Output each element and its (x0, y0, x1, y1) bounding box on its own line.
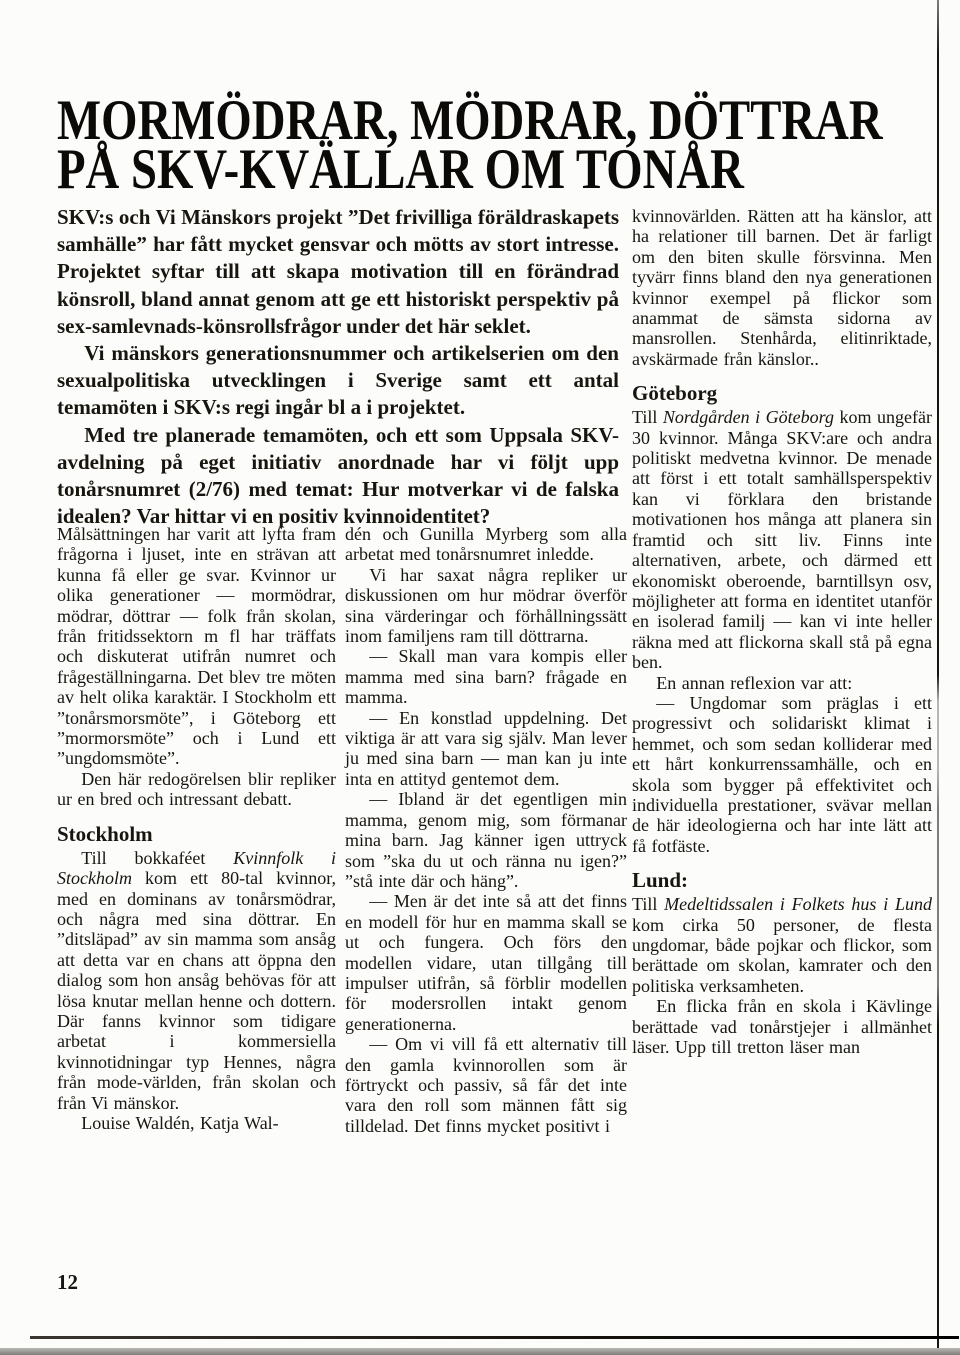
page-number: 12 (57, 1270, 78, 1295)
magazine-page: MORMÖDRAR, MÖDRAR, DÖTTRAR PÅ SKV-KVÄLLA… (0, 0, 960, 1355)
paragraph-segment: Till (632, 894, 664, 914)
body-paragraph: — Men är det inte så att det finns en mo… (345, 891, 627, 1034)
lead-paragraph: SKV:s och Vi Mänskors projekt ”Det frivi… (57, 204, 619, 340)
bottom-rule (30, 1336, 959, 1339)
body-paragraph: En flicka från en skola i Kävlinge berät… (632, 996, 932, 1057)
body-paragraph: kvinnovärlden. Rätten att ha känslor, at… (632, 206, 932, 369)
headline-line-2: PÅ SKV-KVÄLLAR OM TONÅR (57, 145, 795, 194)
body-paragraph: Vi har saxat några repliker ur diskussio… (345, 565, 627, 647)
body-paragraph: — En konstlad uppdelning. Det viktiga är… (345, 708, 627, 790)
paragraph-segment: kom ett 80-tal kvinnor, med en dominans … (57, 868, 336, 1112)
body-column-left: Målsättningen har varit att lyfta fram f… (57, 524, 336, 1133)
body-paragraph: Till Nordgården i Göteborg kom ungefär 3… (632, 407, 932, 672)
body-column-middle: dén och Gunilla Myrberg som alla arbetat… (345, 524, 627, 1136)
paragraph-segment: Till bokkaféet (81, 848, 233, 868)
lead-paragraph: Vi mänskors generationsnummer och artike… (57, 340, 619, 422)
section-heading-lund: Lund: (632, 868, 932, 892)
venue-name: Medeltidssalen i Folkets hus i Lund (664, 894, 932, 914)
body-paragraph: Louise Waldén, Katja Wal- (57, 1113, 336, 1133)
article-headline: MORMÖDRAR, MÖDRAR, DÖTTRAR PÅ SKV-KVÄLLA… (57, 96, 795, 194)
venue-name: Nordgården i Göteborg (663, 407, 834, 427)
body-paragraph: — Ungdomar som präglas i ett progressivt… (632, 693, 932, 856)
body-paragraph: Den här redogörelsen blir repliker ur en… (57, 769, 336, 810)
body-column-right: kvinnovärlden. Rätten att ha känslor, at… (632, 206, 932, 1057)
paragraph-segment: Till (632, 407, 663, 427)
article-lead: SKV:s och Vi Mänskors projekt ”Det frivi… (57, 204, 619, 530)
paragraph-segment: kom cirka 50 personer, de flesta ungdoma… (632, 915, 932, 996)
body-paragraph: Till bokkaféet Kvinnfolk i Stockholm kom… (57, 848, 336, 1113)
section-heading-stockholm: Stockholm (57, 822, 336, 846)
body-paragraph: Målsättningen har varit att lyfta fram f… (57, 524, 336, 769)
body-paragraph: dén och Gunilla Myrberg som alla arbetat… (345, 524, 627, 565)
body-paragraph: — Om vi vill få ett alternativ till den … (345, 1034, 627, 1136)
body-paragraph: Till Medeltidssalen i Folkets hus i Lund… (632, 894, 932, 996)
page-bottom-edge (0, 1348, 960, 1355)
body-paragraph: — Ibland är det egentligen min mamma, ge… (345, 789, 627, 891)
body-paragraph: — Skall man vara kompis eller mamma med … (345, 646, 627, 707)
paragraph-segment: kom ungefär 30 kvinnor. Många SKV:are oc… (632, 407, 932, 672)
lead-paragraph: Med tre planerade temamöten, och ett som… (57, 422, 619, 531)
body-paragraph: En annan reflexion var att: (632, 673, 932, 693)
section-heading-goteborg: Göteborg (632, 381, 932, 405)
right-edge-rule (937, 0, 939, 1349)
